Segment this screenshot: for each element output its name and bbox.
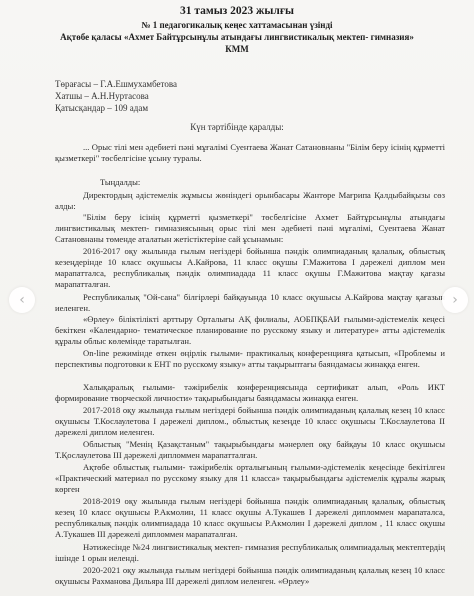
protocol-title: № 1 педагогикалық кеңес хаттамасынан үзі… xyxy=(0,20,474,30)
paragraph: Облыстық "Менің Қазақстаным" тақырыбында… xyxy=(55,439,445,461)
carousel-next-button[interactable]: › xyxy=(442,287,468,313)
chevron-right-icon: › xyxy=(452,292,458,308)
paragraph: Халықаралық ғылыми- тәжірибелік конферен… xyxy=(55,382,445,404)
paragraph: 2020-2021 оқу жылында ғылым негіздері бо… xyxy=(55,565,445,587)
paragraph: Директордың әдістемелік жұмысы жөніндегі… xyxy=(55,190,445,212)
paragraph: Республикалық "Ой-сана" білгірлері байқа… xyxy=(55,292,445,314)
attendees-line: Қатысқандар – 109 адам xyxy=(55,103,148,113)
agenda-title: Күн тәртібінде қаралды: xyxy=(0,122,474,132)
secretary-line: Хатшы – А.Н.Нуртасова xyxy=(55,91,149,101)
carousel-prev-button[interactable]: ‹ xyxy=(9,287,35,313)
paragraph: 2016-2017 оқу жылында ғылым негіздері бо… xyxy=(55,246,445,290)
paragraph: "Білім беру ісінің құрметті қызметкері" … xyxy=(55,212,445,245)
chair-line: Төрағасы – Г.А.Ешмухамбетова xyxy=(55,79,177,89)
paragraph: Ақтөбе облыстық ғылыми- тәжірибелік орта… xyxy=(55,462,445,495)
school-name: Ақтөбе қаласы «Ахмет Байтұрсынұлы атында… xyxy=(0,32,474,42)
heard-title: Тыңдалды: xyxy=(100,177,400,188)
agenda-item: ... Орыс тілі мен әдебиеті пәні мұғалімі… xyxy=(55,142,445,164)
paragraph: 2017-2018 оқу жылында ғылым негіздері бо… xyxy=(55,405,445,438)
paragraph: On-line режимінде өткен өңірлік ғылыми- … xyxy=(55,348,445,370)
chevron-left-icon: ‹ xyxy=(19,292,25,308)
paragraph: Нәтижесінде №24 лингвистикалық мектеп- г… xyxy=(55,542,445,564)
org-type: КММ xyxy=(0,44,474,54)
document-image: 31 тамыз 2023 жылғы № 1 педагогикалық ке… xyxy=(0,0,474,596)
document-date: 31 тамыз 2023 жылғы xyxy=(0,5,474,17)
paragraph: «Өрлеу» біліктілікті арттыру Орталығы АҚ… xyxy=(55,314,445,347)
paragraph: 2018-2019 оқу жылында ғылым негіздері бо… xyxy=(55,496,445,540)
